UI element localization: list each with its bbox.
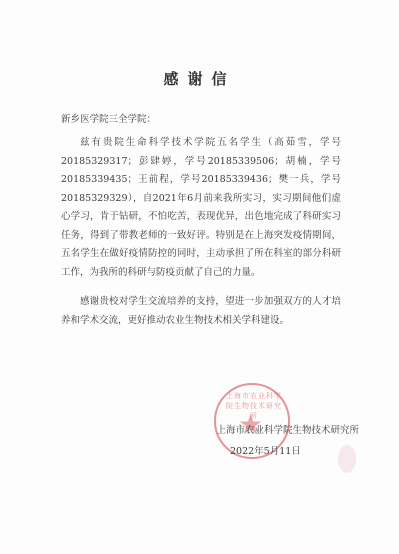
body-paragraph-1: 兹有贵院生命科学技术学院五名学生（高茹雪，学号20185329317；彭肆婷，学… (61, 134, 341, 282)
letter-title: 感谢信 (0, 68, 399, 89)
signature: 上海市农业科学院生物技术研究所 (216, 422, 359, 436)
ink-smudge (338, 445, 356, 473)
date: 2022年5月11日 (230, 443, 301, 457)
salutation: 新乡医学院三全学院： (61, 111, 156, 125)
body-paragraph-2: 感谢贵校对学生交流培养的支持，望进一步加强双方的人才培养和学术交流，更好推动农业… (61, 293, 341, 330)
